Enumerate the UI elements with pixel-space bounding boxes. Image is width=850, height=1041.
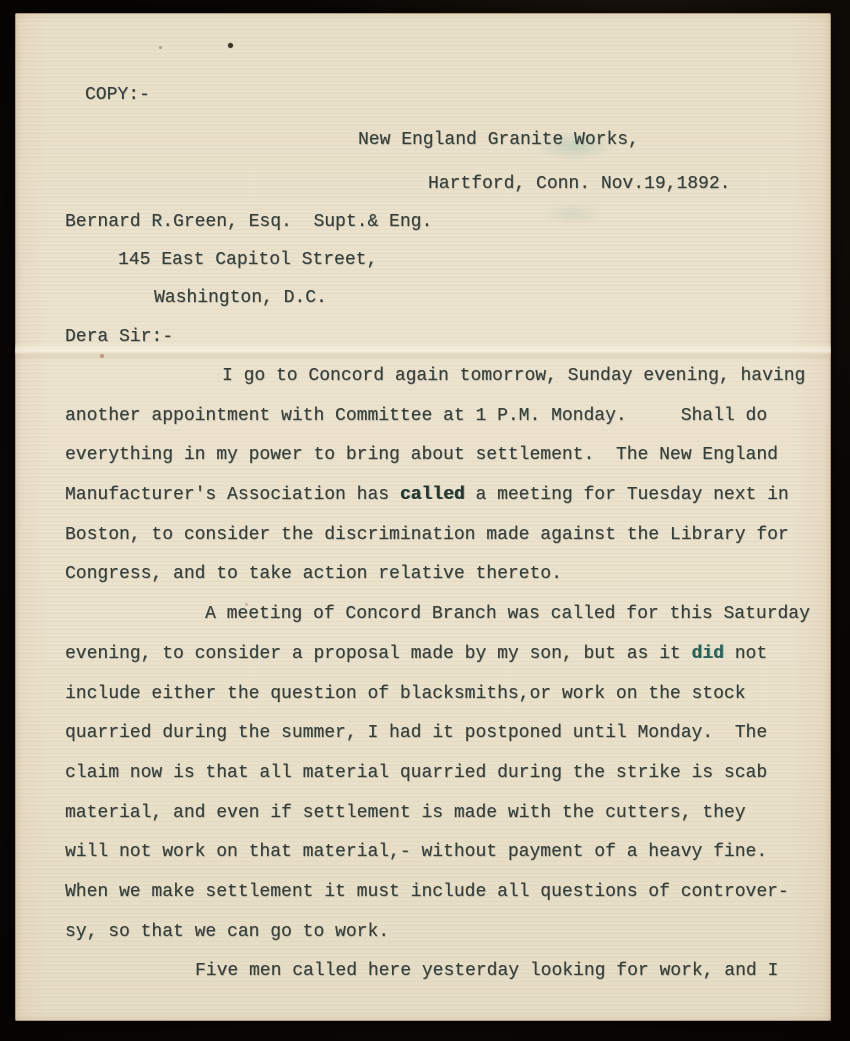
ink-speck (228, 43, 233, 48)
ink-speck (159, 46, 162, 49)
body-line: quarried during the summer, I had it pos… (65, 714, 827, 754)
body-line: everything in my power to bring about se… (65, 436, 827, 476)
body-line: include either the question of blacksmit… (65, 675, 827, 715)
body-line: A meeting of Concord Branch was called f… (65, 595, 827, 635)
salutation: Dera Sir:- (65, 327, 173, 347)
body-line-segment: Manufacturer's Association has (65, 485, 400, 505)
body-line: will not work on that material,- without… (65, 833, 827, 873)
dateline: Hartford, Conn. Nov.19,1892. (428, 174, 730, 194)
scan-background: { "colors": { "scan_background": "#0b080… (0, 0, 850, 1041)
ink-smudge (543, 203, 603, 225)
body-line: I go to Concord again tomorrow, Sunday e… (65, 357, 827, 397)
body-line: sy, so that we can go to work. (65, 913, 827, 953)
body-line: Congress, and to take action relative th… (65, 555, 827, 595)
body-line: When we make settlement it must include … (65, 873, 827, 913)
body-line: claim now is that all material quarried … (65, 754, 827, 794)
body-line: Five men called here yesterday looking f… (65, 952, 827, 992)
body-line: material, and even if settlement is made… (65, 794, 827, 834)
letter-page: COPY:- New England Granite Works, Hartfo… (15, 13, 831, 1021)
overstruck-word: did (692, 644, 724, 664)
overstruck-word: called (400, 485, 465, 505)
body-line: Boston, to consider the discrimination m… (65, 516, 827, 556)
body-line-segment: a meeting for Tuesday next in (465, 485, 789, 505)
letter-body: I go to Concord again tomorrow, Sunday e… (65, 357, 827, 992)
recipient-name: Bernard R.Green, Esq. Supt.& Eng. (65, 212, 432, 232)
body-line-segment: not (724, 644, 767, 664)
body-line-segment: evening, to consider a proposal made by … (65, 644, 692, 664)
recipient-street: 145 East Capitol Street, (118, 250, 377, 270)
body-line: evening, to consider a proposal made by … (65, 635, 827, 675)
recipient-city: Washington, D.C. (154, 288, 327, 308)
body-line: Manufacturer's Association has called a … (65, 476, 827, 516)
copy-label: COPY:- (85, 85, 150, 105)
body-line: another appointment with Committee at 1 … (65, 397, 827, 437)
company-name: New England Granite Works, (358, 130, 639, 150)
